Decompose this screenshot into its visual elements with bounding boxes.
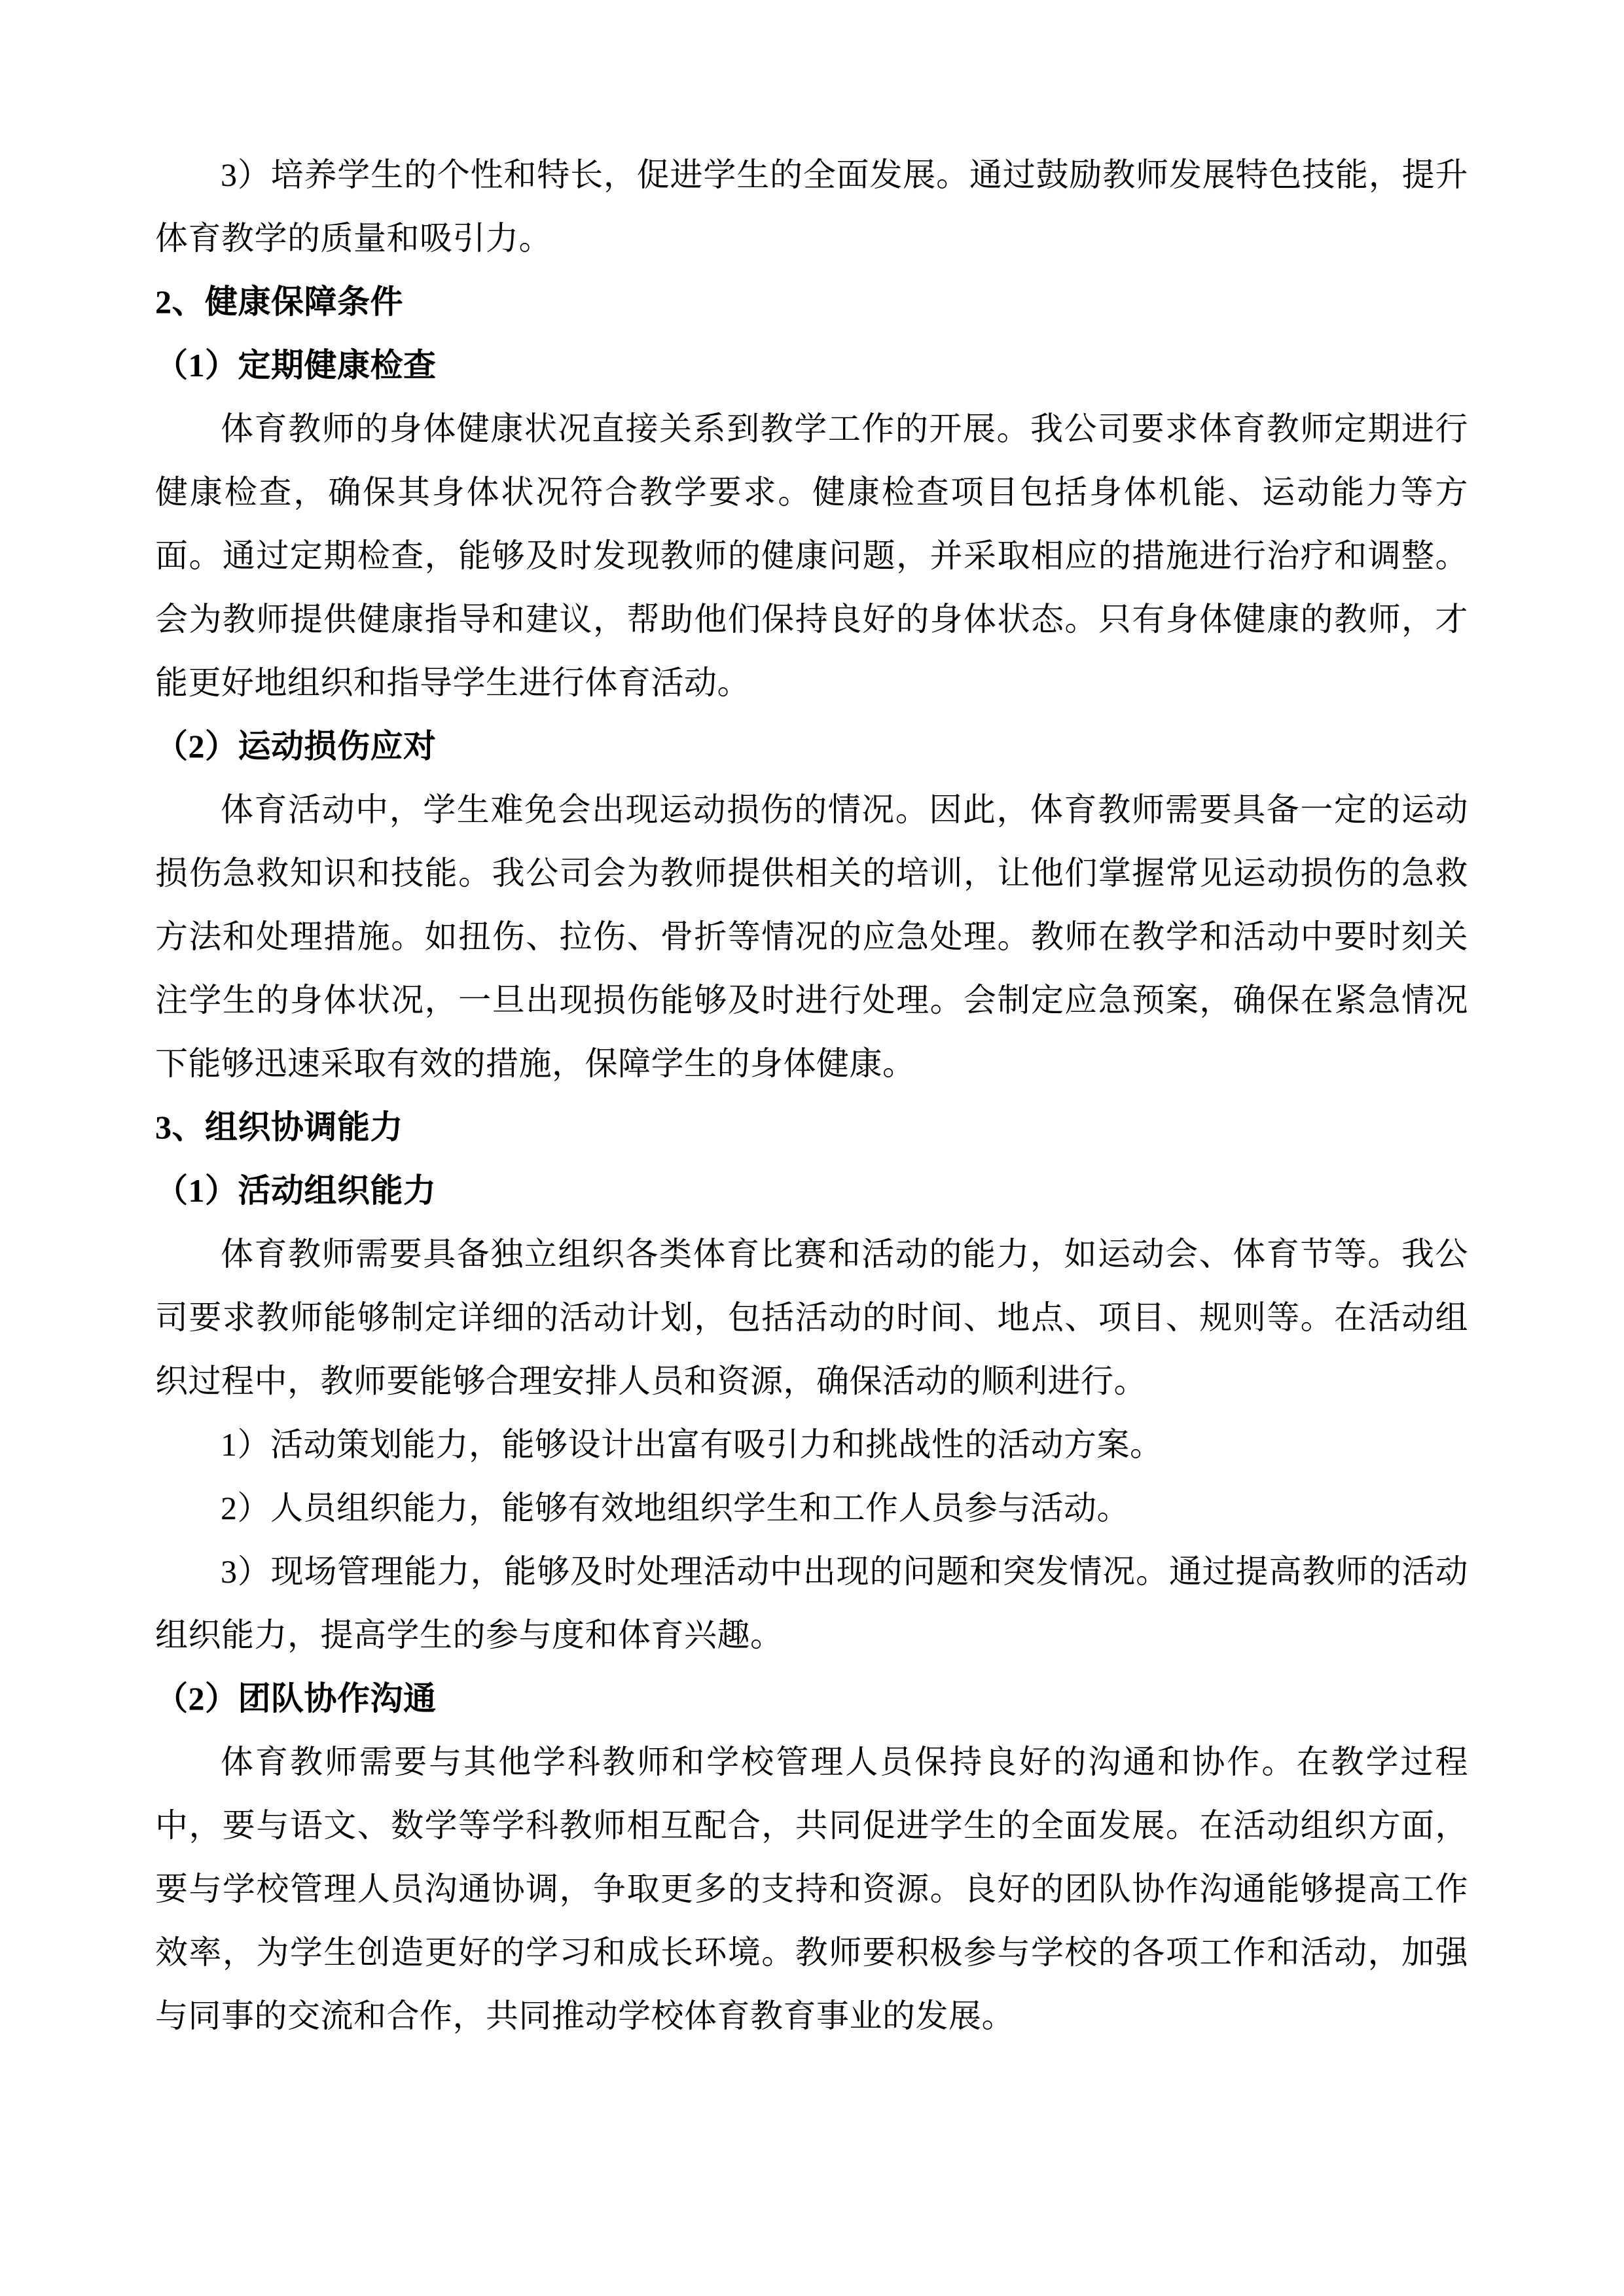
numbered-list-item: 3）现场管理能力，能够及时处理活动中出现的问题和突发情况。通过提高教师的活动组织… (155, 1540, 1468, 1667)
paragraph: 体育教师需要具备独立组织各类体育比赛和活动的能力，如运动会、体育节等。我公司要求… (155, 1223, 1468, 1413)
subsection-heading: （1）活动组织能力 (155, 1159, 1468, 1223)
paragraph: 3）培养学生的个性和特长，促进学生的全面发展。通过鼓励教师发展特色技能，提升体育… (155, 143, 1468, 270)
subsection-heading: （2）运动损伤应对 (155, 715, 1468, 778)
subsection-heading: （2）团队协作沟通 (155, 1667, 1468, 1731)
numbered-list-item: 2）人员组织能力，能够有效地组织学生和工作人员参与活动。 (155, 1477, 1468, 1540)
paragraph: 体育活动中，学生难免会出现运动损伤的情况。因此，体育教师需要具备一定的运动损伤急… (155, 778, 1468, 1096)
section-heading: 3、组织协调能力 (155, 1096, 1468, 1159)
paragraph: 体育教师需要与其他学科教师和学校管理人员保持良好的沟通和协作。在教学过程中，要与… (155, 1731, 1468, 2048)
paragraph: 体育教师的身体健康状况直接关系到教学工作的开展。我公司要求体育教师定期进行健康检… (155, 397, 1468, 715)
numbered-list-item: 1）活动策划能力，能够设计出富有吸引力和挑战性的活动方案。 (155, 1413, 1468, 1477)
document-page: 3）培养学生的个性和特长，促进学生的全面发展。通过鼓励教师发展特色技能，提升体育… (0, 0, 1624, 2296)
document-content: 3）培养学生的个性和特长，促进学生的全面发展。通过鼓励教师发展特色技能，提升体育… (155, 143, 1468, 2048)
subsection-heading: （1）定期健康检查 (155, 334, 1468, 397)
section-heading: 2、健康保障条件 (155, 270, 1468, 334)
